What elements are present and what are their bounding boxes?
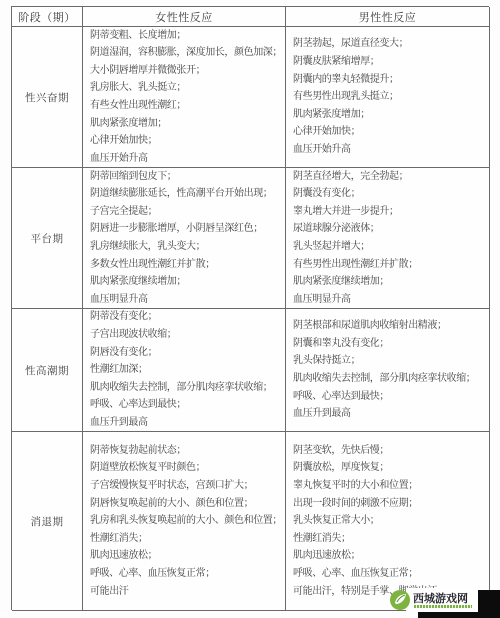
cell-line: 阴唇恢复唤起前的大小、颜色和位置； <box>90 495 283 513</box>
cell-line: 乳房和乳头恢复唤起前的大小、颜色和位置； <box>90 512 283 530</box>
header-male: 男性性反应 <box>286 7 490 27</box>
cell-line: 阴囊内的睾丸轻微提升； <box>293 71 487 89</box>
cell-line: 睾丸恢复平时的大小和位置； <box>293 477 487 495</box>
cell-line: 性潮红消失； <box>293 530 487 548</box>
cell-line: 乳头保持挺立； <box>293 352 487 370</box>
cell-line: 阴囊放松，厚度恢复； <box>293 459 487 477</box>
cell-line: 血压明显升高 <box>293 291 487 309</box>
cell-line: 肌肉迅速放松； <box>293 547 487 565</box>
cell-line: 呼吸、心率达到最快； <box>293 388 487 406</box>
cell-line: 心律开始加快； <box>293 123 487 141</box>
cell-line: 肌肉收缩失去控制，部分肌肉痉挛状收缩； <box>293 370 487 388</box>
male-cell-resolution: 阴茎变软，先快后慢；阴囊放松，厚度恢复；睾丸恢复平时的大小和位置；出现一段时间的… <box>286 432 490 611</box>
cell-line: 子宫缓慢恢复平时状态，宫颈口扩大； <box>90 477 283 495</box>
cell-line: 阴囊和睾丸没有变化； <box>293 335 487 353</box>
cell-line: 血压开始升高 <box>293 141 487 159</box>
cell-line: 肌肉紧张度增加； <box>90 115 283 133</box>
female-cell-orgasm: 阴蒂没有变化；子宫出现波状收缩；阴唇没有变化；性潮红加深；肌肉收缩失去控制，部分… <box>83 309 286 432</box>
watermark-subtext <box>414 605 472 608</box>
cell-line: 阴道继续膨胀延长，性高潮平台开始出现； <box>90 185 283 203</box>
cell-line: 呼吸、心率、血压恢复正常； <box>293 565 487 583</box>
cell-line: 乳房胀大、乳头挺立； <box>90 79 283 97</box>
cell-line: 阴唇进一步膨胀增厚，小阴唇呈深红色； <box>90 220 283 238</box>
cell-line: 阴茎勃起，尿道直径变大； <box>293 35 487 53</box>
page: { "table": { "header": { "phase": "阶段（期）… <box>0 0 500 618</box>
cell-line: 子宫出现波状收缩； <box>90 326 283 344</box>
phase-label-orgasm: 性高潮期 <box>12 309 83 432</box>
cell-line: 血压升到最高 <box>90 414 283 432</box>
cell-line: 阴囊没有变化； <box>293 185 487 203</box>
header-female: 女性性反应 <box>83 7 286 27</box>
cell-line: 心律开始加快； <box>90 132 283 150</box>
cell-line: 乳头恢复正常大小； <box>293 512 487 530</box>
cell-line: 肌肉紧张度继续增加； <box>90 273 283 291</box>
female-cell-plateau: 阴蒂回缩到包皮下；阴道继续膨胀延长，性高潮平台开始出现；子宫完全提起；阴唇进一步… <box>83 168 286 309</box>
watermark: 西城游戏网 <box>396 586 500 618</box>
cell-line: 有些男性出现乳头挺立； <box>293 88 487 106</box>
male-cell-excitement: 阴茎勃起，尿道直径变大；阴囊皮肤紧缩增厚；阴囊内的睾丸轻微提升；有些男性出现乳头… <box>286 27 490 168</box>
cell-line: 血压开始升高 <box>90 150 283 168</box>
phase-label-resolution: 消退期 <box>12 432 83 611</box>
cell-line: 有些男性出现性潮红并扩散； <box>293 256 487 274</box>
cell-line: 乳头竖起并增大； <box>293 238 487 256</box>
cell-line: 有些女性出现性潮红； <box>90 97 283 115</box>
cell-line: 尿道球腺分泌液体； <box>293 220 487 238</box>
cell-line: 阴茎直径增大，完全勃起； <box>293 168 487 185</box>
cell-line: 可能出汗 <box>90 583 283 601</box>
cell-line: 肌肉紧张度继续增加； <box>293 273 487 291</box>
cell-line: 血压明显升高 <box>90 291 283 309</box>
cell-line: 肌肉收缩失去控制，部分肌肉痉挛状收缩； <box>90 379 283 397</box>
cell-line: 阴蒂回缩到包皮下； <box>90 168 283 185</box>
cell-line: 呼吸、心率、血压恢复正常； <box>90 565 283 583</box>
cell-line: 阴囊皮肤紧缩增厚； <box>293 53 487 71</box>
phase-label-excitement: 性兴奋期 <box>12 27 83 168</box>
cell-line: 阴茎根部和尿道肌肉收缩射出精液； <box>293 317 487 335</box>
cell-line: 血压升到最高 <box>293 405 487 423</box>
watermark-site-name: 西城游戏网 <box>413 590 468 606</box>
cell-line: 阴道壁放松恢复平时颜色； <box>90 459 283 477</box>
cell-line: 性潮红加深； <box>90 361 283 379</box>
watermark-black-strip <box>418 612 500 618</box>
header-phase: 阶段（期） <box>12 7 83 27</box>
cell-line: 性潮红消失； <box>90 530 283 548</box>
cell-line: 阴道湿润，容积膨胀，深度加长，颜色加深； <box>90 44 283 62</box>
cell-line: 阴蒂没有变化； <box>90 309 283 326</box>
female-cell-excitement: 阴蒂变粗、长度增加；阴道湿润，容积膨胀，深度加长，颜色加深；大小阴唇增厚并微微张… <box>83 27 286 168</box>
cell-line: 乳房继续胀大，乳头变大； <box>90 238 283 256</box>
sexual-response-table: 阶段（期） 女性性反应 男性性反应 性兴奋期 阴蒂变粗、长度增加；阴道湿润，容积… <box>11 6 489 610</box>
cell-line: 子宫完全提起； <box>90 203 283 221</box>
male-cell-plateau: 阴茎直径增大，完全勃起；阴囊没有变化；睾丸增大并进一步提升；尿道球腺分泌液体；乳… <box>286 168 490 309</box>
cell-line: 出现一段时间的刺激不应期； <box>293 495 487 513</box>
phase-label-plateau: 平台期 <box>12 168 83 309</box>
cell-line: 阴茎变软，先快后慢； <box>293 442 487 460</box>
cell-line: 肌肉迅速放松； <box>90 547 283 565</box>
cell-line: 多数女性出现性潮红并扩散； <box>90 256 283 274</box>
watermark-leaf-logo-icon <box>389 589 411 611</box>
watermark-badge: 西城游戏网 <box>406 588 478 612</box>
cell-line: 大小阴唇增厚并微微张开； <box>90 62 283 80</box>
cell-line: 阴唇没有变化； <box>90 344 283 362</box>
cell-line: 睾丸增大并进一步提升； <box>293 203 487 221</box>
cell-line: 呼吸、心率达到最快； <box>90 396 283 414</box>
cell-line: 阴蒂恢复勃起前状态； <box>90 442 283 460</box>
cell-line: 阴蒂变粗、长度增加； <box>90 27 283 44</box>
cell-line: 肌肉紧张度增加； <box>293 106 487 124</box>
male-cell-orgasm: 阴茎根部和尿道肌肉收缩射出精液；阴囊和睾丸没有变化；乳头保持挺立；肌肉收缩失去控… <box>286 309 490 432</box>
female-cell-resolution: 阴蒂恢复勃起前状态；阴道壁放松恢复平时颜色；子宫缓慢恢复平时状态，宫颈口扩大；阴… <box>83 432 286 611</box>
